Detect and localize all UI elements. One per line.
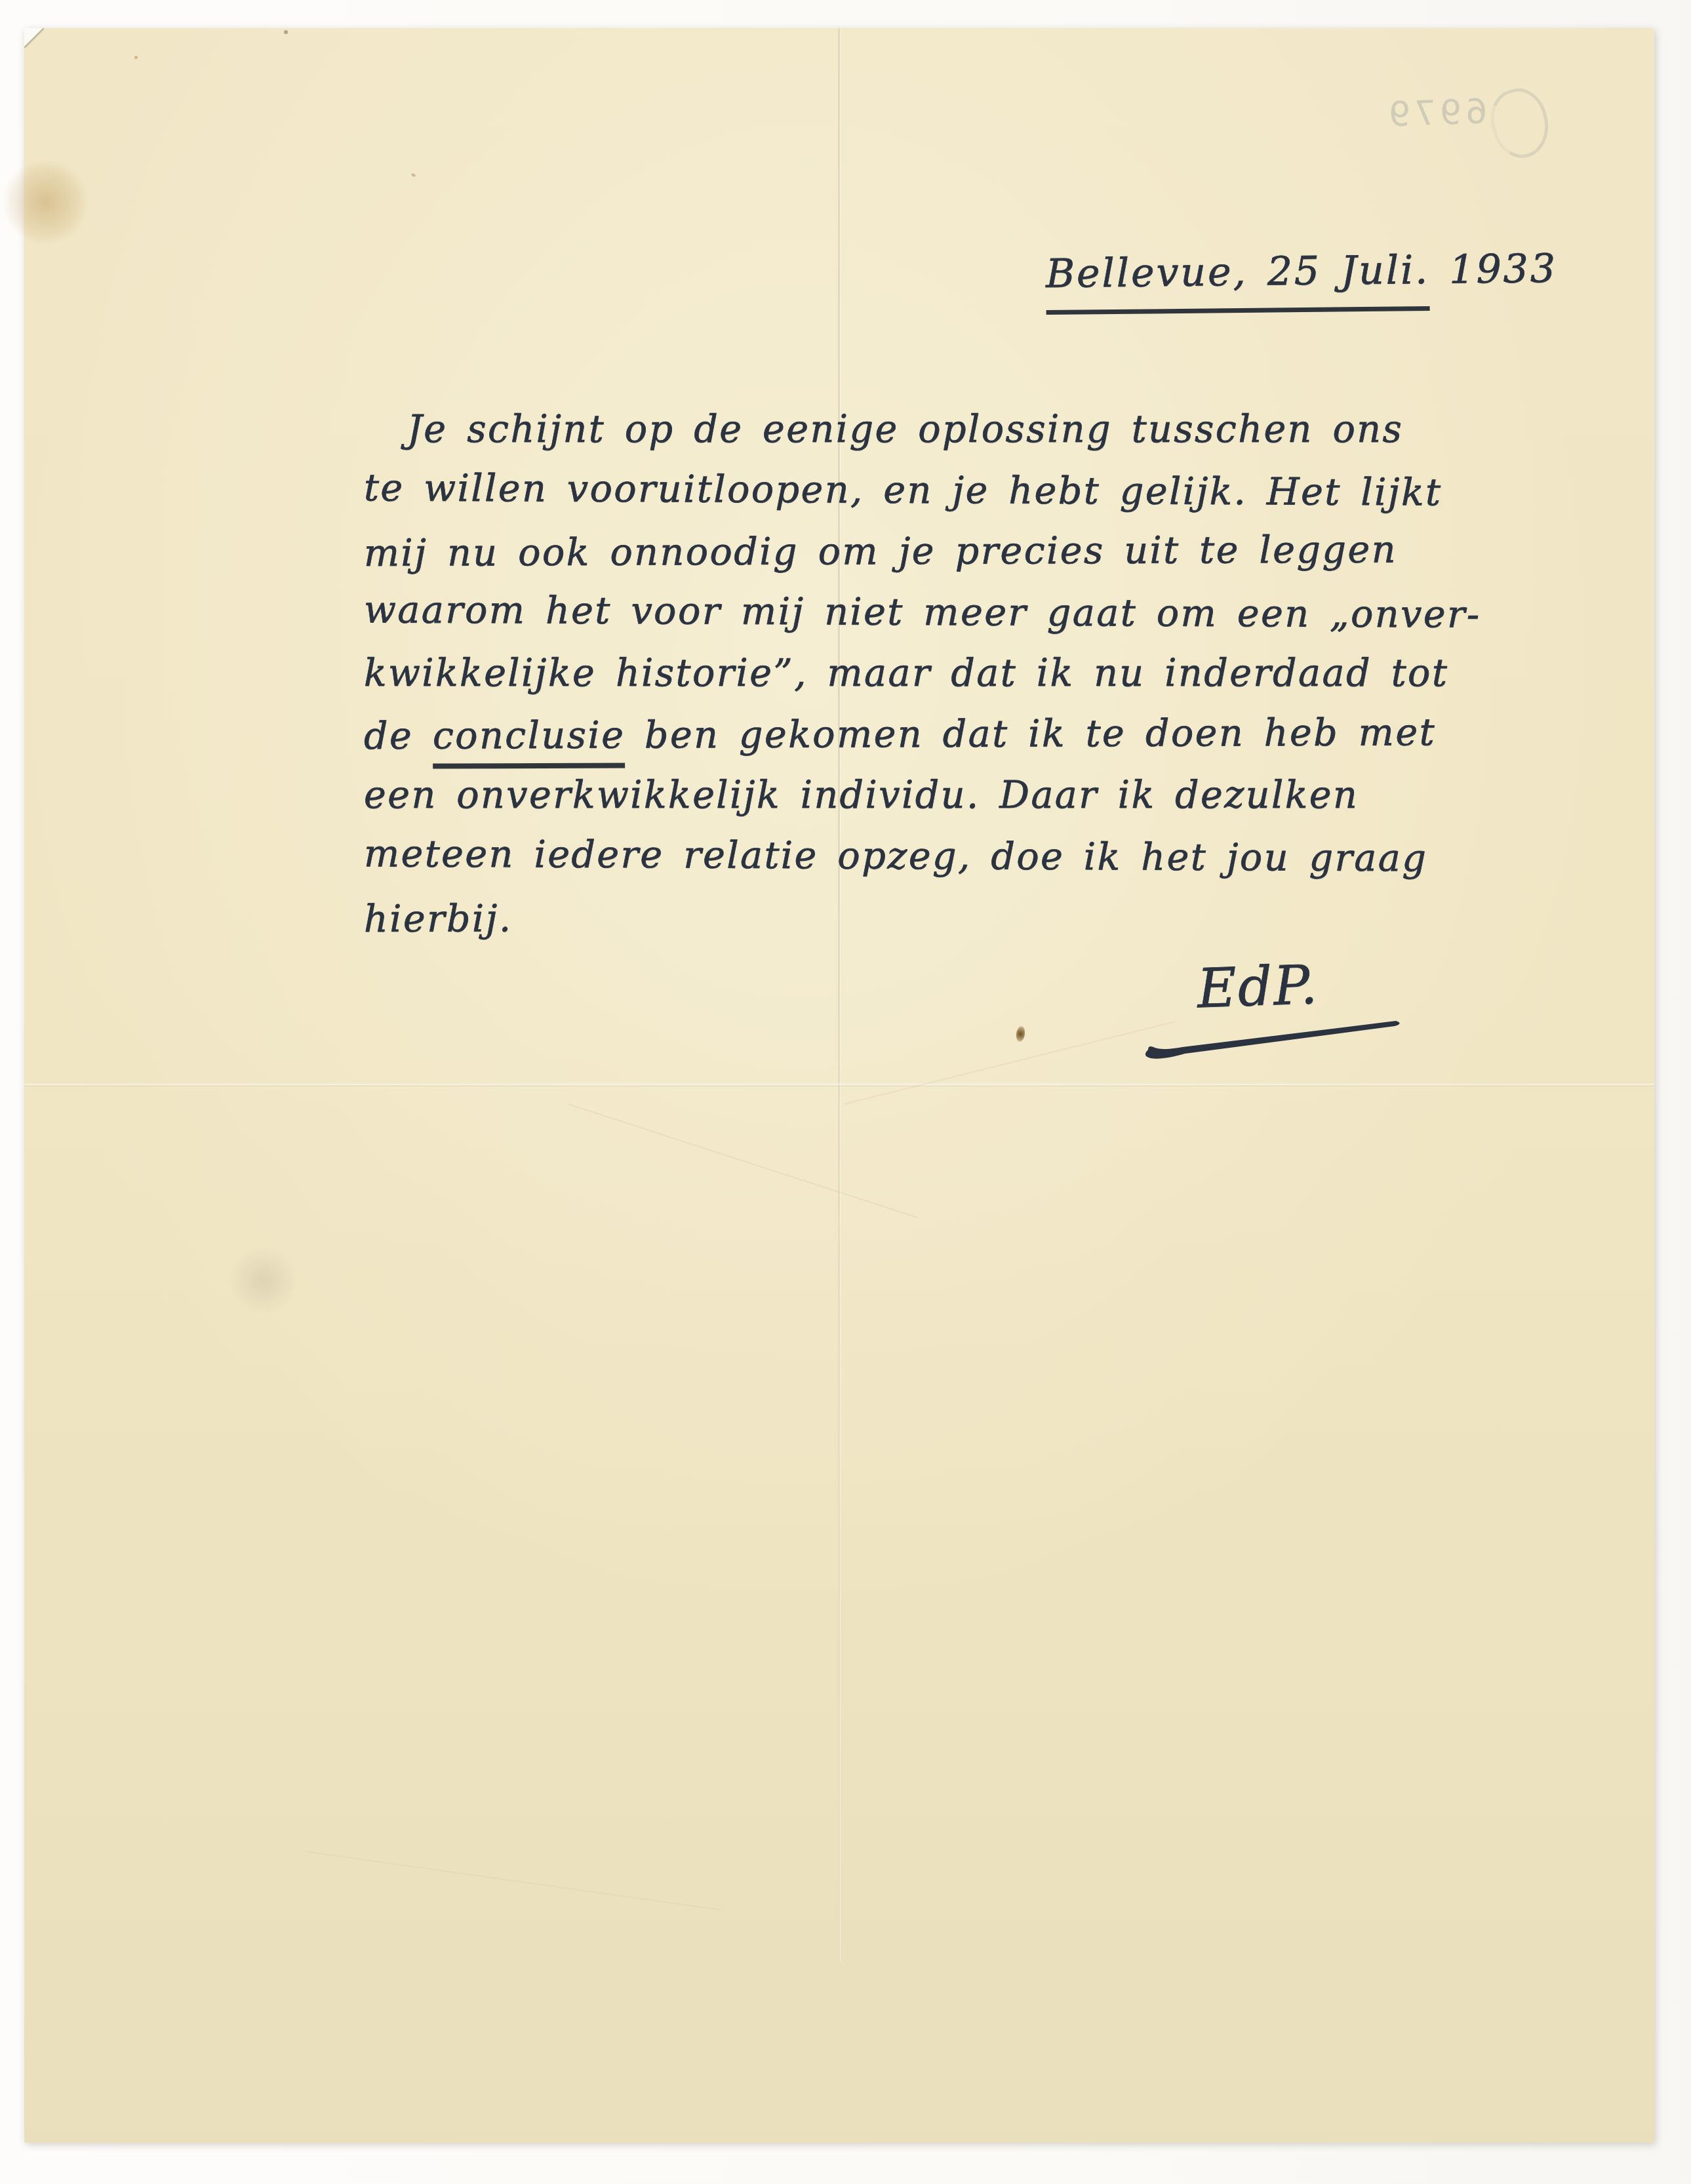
text-segment: meteen iedere relatie opzeg, doe ik het …: [364, 832, 1428, 880]
letter-paper: 6979 Bellevue, 25 Juli. 1933 Je schijnt …: [24, 28, 1654, 2143]
date-line: Bellevue, 25 Juli. 1933: [1046, 246, 1558, 297]
ghost-scribble: [1482, 81, 1558, 165]
text-segment: een onverkwikkelijk individu. Daar ik de…: [364, 774, 1359, 817]
letter-line: de conclusie ben gekomen dat ik te doen …: [364, 702, 1481, 767]
letter-line: mij nu ook onnoodig om je precies uit te…: [364, 519, 1481, 584]
letter-body: Je schijnt op de eenige oplossing tussch…: [364, 399, 1481, 948]
signature-flourish: [1139, 1012, 1414, 1064]
stain: [3, 159, 89, 245]
text-segment: waarom het voor mij niet meer gaat om ee…: [364, 588, 1481, 636]
torn-corner: [24, 28, 44, 48]
stain: [1015, 1025, 1025, 1042]
letter-line: waarom het voor mij niet meer gaat om ee…: [364, 580, 1481, 645]
letter-line: te willen vooruitloopen, en je hebt geli…: [364, 458, 1481, 523]
text-segment: kwikkelijke historie”, maar dat ik nu in…: [364, 652, 1448, 695]
text-segment: hierbij.: [364, 897, 513, 941]
letter-line: hierbij.: [364, 885, 1481, 950]
text-segment: 1933: [1429, 246, 1558, 293]
fold-crease-horizontal: [24, 1084, 1654, 1086]
fold-crease-diagonal: [844, 1021, 1175, 1105]
text-segment: te willen vooruitloopen, en je hebt geli…: [364, 466, 1442, 514]
fold-crease-vertical: [838, 28, 840, 1962]
letter-line: Je schijnt op de eenige oplossing tussch…: [364, 399, 1481, 460]
signature: EdP.: [1196, 954, 1319, 1020]
letter-line: meteen iedere relatie opzeg, doe ik het …: [364, 824, 1481, 889]
letter-line: een onverkwikkelijk individu. Daar ik de…: [364, 765, 1481, 826]
underlined-word: Bellevue, 25 Juli.: [1046, 247, 1430, 315]
text-segment: de: [364, 715, 433, 758]
underlined-word: conclusie: [433, 714, 626, 769]
speck: [284, 30, 288, 34]
letter-line: kwikkelijke historie”, maar dat ik nu in…: [364, 643, 1481, 704]
text-segment: ben gekomen dat ik te doen heb met: [625, 711, 1436, 757]
fold-crease-diagonal: [568, 1103, 917, 1218]
ghost-inscription: 6979: [1384, 92, 1488, 134]
text-segment: mij nu ook onnoodig om je precies uit te…: [364, 528, 1397, 575]
fold-crease-diagonal: [306, 1851, 722, 1911]
scan-background: { "document": { "kind": "handwritten-let…: [0, 0, 1691, 2184]
stain: [228, 1248, 300, 1313]
speck: [134, 56, 138, 59]
speck: [410, 173, 416, 178]
text-segment: Je schijnt op de eenige oplossing tussch…: [407, 408, 1403, 451]
